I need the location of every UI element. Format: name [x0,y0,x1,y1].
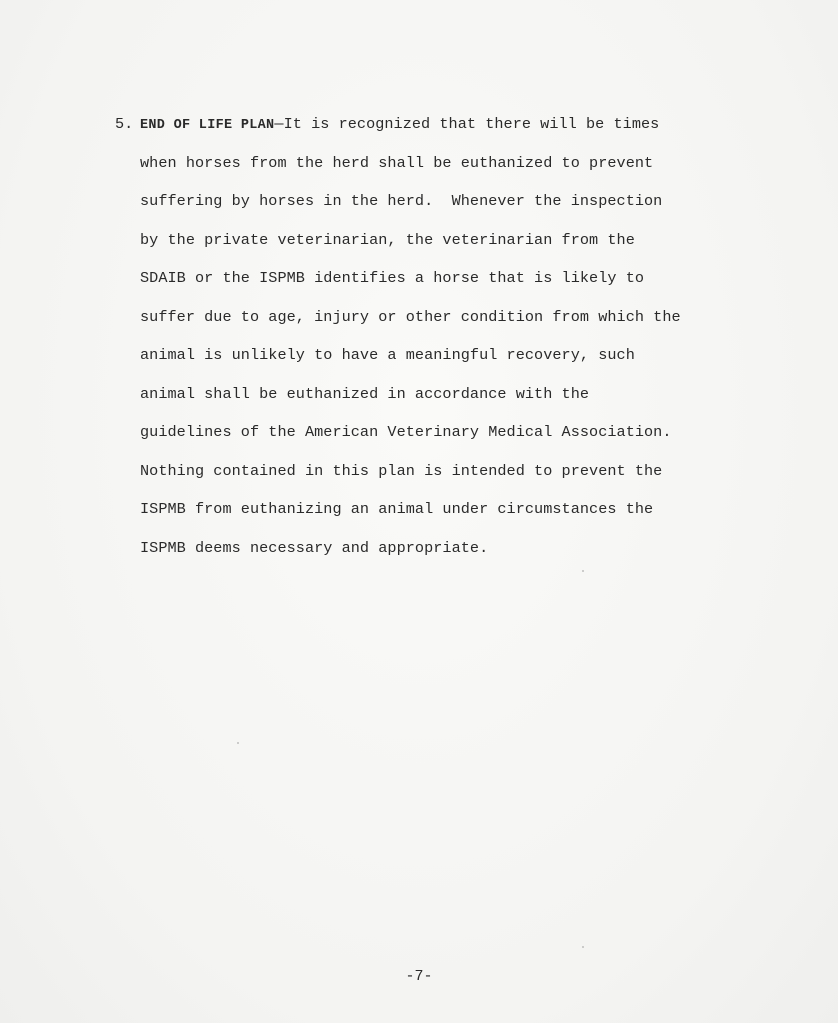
paragraph-line-6: suffer due to age, injury or other condi… [140,307,681,327]
section-number: 5. [115,114,133,134]
paragraph-line-11: ISPMB from euthanizing an animal under c… [140,499,653,519]
section-heading: END OF LIFE PLAN [140,118,274,133]
paragraph-line-7: animal is unlikely to have a meaningful … [140,345,635,365]
paragraph-line-text: It is recognized that there will be time… [284,115,660,133]
paragraph-line-5: SDAIB or the ISPMB identifies a horse th… [140,268,644,288]
scan-speck [582,946,584,948]
paragraph-line-3: suffering by horses in the herd. Wheneve… [140,191,662,211]
page-number: -7- [0,967,838,987]
paragraph-line-10: Nothing contained in this plan is intend… [140,461,662,481]
paragraph-line-2: when horses from the herd shall be eutha… [140,153,653,173]
paragraph-line-4: by the private veterinarian, the veterin… [140,230,635,250]
paragraph-line-1: END OF LIFE PLAN—It is recognized that t… [140,114,659,136]
heading-separator: — [274,115,283,133]
document-page: 5. END OF LIFE PLAN—It is recognized tha… [0,0,838,1023]
scan-speck [237,742,239,744]
paragraph-line-12: ISPMB deems necessary and appropriate. [140,538,488,558]
paragraph-line-8: animal shall be euthanized in accordance… [140,384,589,404]
paragraph-line-9: guidelines of the American Veterinary Me… [140,422,672,442]
scan-speck [582,570,584,572]
